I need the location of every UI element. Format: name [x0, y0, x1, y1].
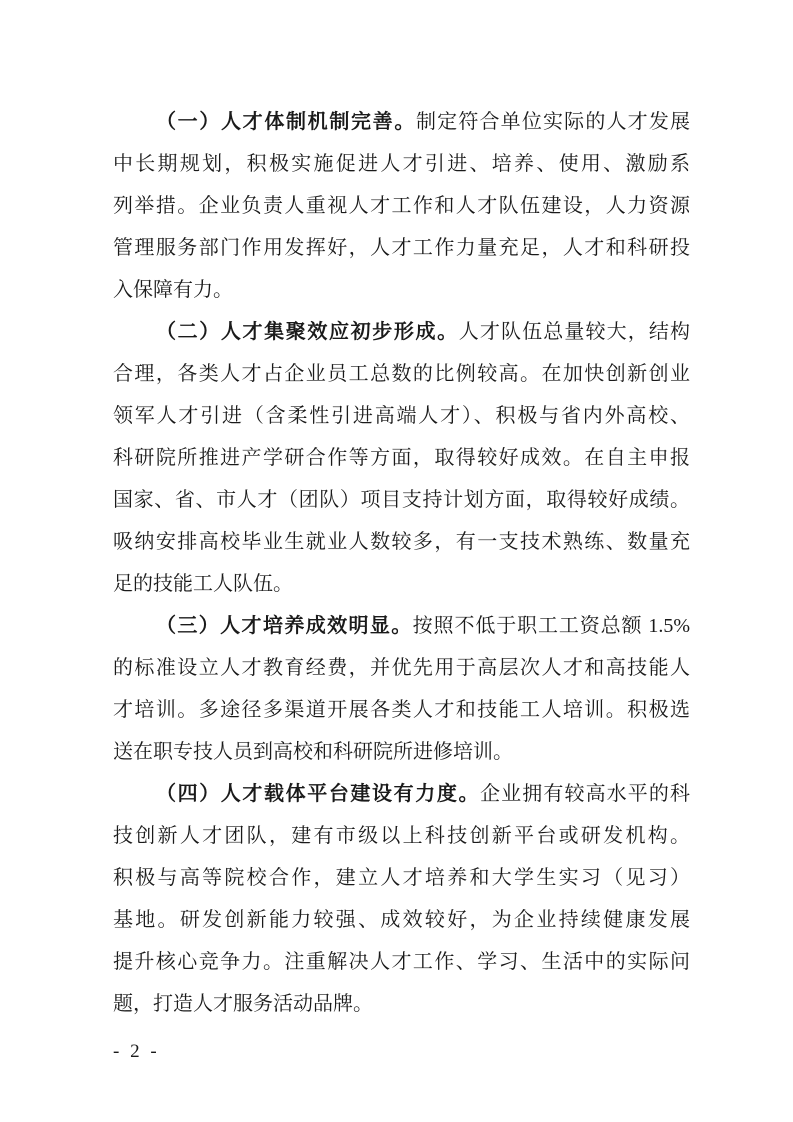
paragraph-heading: （三）人才培养成效明显。 — [156, 615, 413, 637]
paragraph-heading: （四）人才载体平台建设有力度。 — [156, 783, 480, 805]
text-line: （四）人才载体平台建设有力度。企业拥有较高水平的科 — [113, 773, 690, 815]
text-line: （一）人才体制机制完善。制定符合单位实际的人才发展 — [113, 101, 690, 143]
text-line: 提升核心竞争力。注重解决人才工作、学习、生活中的实际问 — [113, 941, 690, 983]
text-line: 领军人才引进（含柔性引进高端人才）、积极与省内外高校、 — [113, 395, 690, 437]
text-line: 技创新人才团队，建有市级以上科技创新平台或研发机构。 — [113, 815, 690, 857]
paragraph-text: 制定符合单位实际的人才发展 — [416, 111, 690, 133]
text-line: （三）人才培养成效明显。按照不低于职工工资总额 1.5% — [113, 605, 690, 647]
paragraph-heading: （一）人才体制机制完善。 — [156, 111, 416, 133]
page-number: - 2 - — [113, 1036, 160, 1068]
text-line: 列举措。企业负责人重视人才工作和人才队伍建设，人力资源 — [113, 185, 690, 227]
text-line: 的标准设立人才教育经费，并优先用于高层次人才和高技能人 — [113, 647, 690, 689]
document-page: （一）人才体制机制完善。制定符合单位实际的人才发展 中长期规划，积极实施促进人才… — [0, 0, 793, 1122]
text-line: 送在职专技人员到高校和科研院所进修培训。 — [113, 731, 690, 773]
paragraph-talent-platform: （四）人才载体平台建设有力度。企业拥有较高水平的科 技创新人才团队，建有市级以上… — [113, 773, 690, 1025]
paragraph-heading: （二）人才集聚效应初步形成。 — [156, 321, 459, 343]
text-line: 国家、省、市人才（团队）项目支持计划方面，取得较好成绩。 — [113, 479, 690, 521]
text-line: 积极与高等院校合作，建立人才培养和大学生实习（见习） — [113, 857, 690, 899]
paragraph-talent-training: （三）人才培养成效明显。按照不低于职工工资总额 1.5% 的标准设立人才教育经费… — [113, 605, 690, 773]
text-line: 题，打造人才服务活动品牌。 — [113, 983, 690, 1025]
text-line: 才培训。多途径多渠道开展各类人才和技能工人培训。积极选 — [113, 689, 690, 731]
text-line: 吸纳安排高校毕业生就业人数较多，有一支技术熟练、数量充 — [113, 521, 690, 563]
text-line: 足的技能工人队伍。 — [113, 563, 690, 605]
paragraph-talent-aggregation: （二）人才集聚效应初步形成。人才队伍总量较大，结构 合理，各类人才占企业员工总数… — [113, 311, 690, 605]
text-line: 科研院所推进产学研合作等方面，取得较好成效。在自主申报 — [113, 437, 690, 479]
document-body: （一）人才体制机制完善。制定符合单位实际的人才发展 中长期规划，积极实施促进人才… — [113, 101, 690, 1025]
text-line: 入保障有力。 — [113, 269, 690, 311]
paragraph-talent-system: （一）人才体制机制完善。制定符合单位实际的人才发展 中长期规划，积极实施促进人才… — [113, 101, 690, 311]
text-line: （二）人才集聚效应初步形成。人才队伍总量较大，结构 — [113, 311, 690, 353]
paragraph-text: 人才队伍总量较大，结构 — [459, 321, 690, 343]
text-line: 基地。研发创新能力较强、成效较好，为企业持续健康发展 — [113, 899, 690, 941]
text-line: 管理服务部门作用发挥好，人才工作力量充足，人才和科研投 — [113, 227, 690, 269]
paragraph-text: 按照不低于职工工资总额 1.5% — [413, 615, 690, 637]
text-line: 合理，各类人才占企业员工总数的比例较高。在加快创新创业 — [113, 353, 690, 395]
text-line: 中长期规划，积极实施促进人才引进、培养、使用、激励系 — [113, 143, 690, 185]
paragraph-text: 企业拥有较高水平的科 — [480, 783, 690, 805]
